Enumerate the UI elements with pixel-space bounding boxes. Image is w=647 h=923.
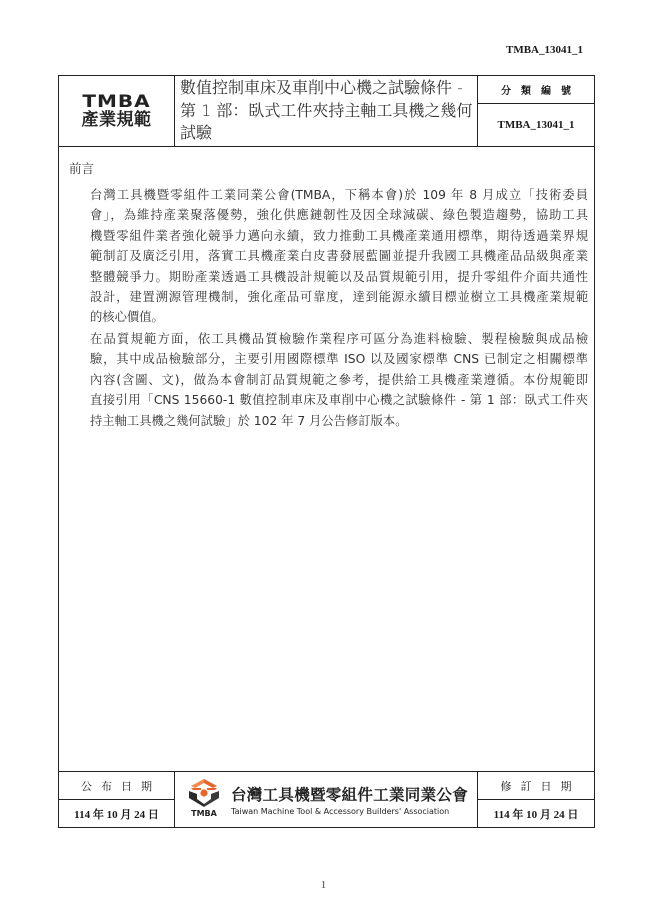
- association-name-en: Taiwan Machine Tool & Accessory Builders…: [231, 807, 449, 816]
- paragraph-line: 在品質規範方面，依工具機品質檢驗作業程序可區分為進料檢驗、製程檢驗與成品檢: [90, 329, 588, 349]
- paragraph-line: 會」，為維持產業聚落優勢，強化供應鏈韌性及因全球減碳、綠色製造趨勢，協助工具: [90, 205, 588, 225]
- paragraph-line: 台灣工具機暨零組件工業同業公會(TMBA，下稱本會)於 109 年 8 月成立「…: [90, 185, 588, 205]
- footer-table: 公布日期 114 年 10 月 24 日 TMBA 台灣工具機暨零組件工業同業公…: [58, 771, 595, 828]
- paragraph-line: 持主軸工具機之幾何試驗」於 102 年 7 月公告修訂版本。: [90, 411, 588, 431]
- logo-tmba-text: TMBA: [82, 93, 150, 108]
- paragraph-line: 設計，建置溯源管理機制，強化產品可靠度，達到能源永續目標並樹立工具機產業規範: [90, 287, 588, 307]
- tmba-association-logo-icon: [187, 779, 221, 807]
- paragraph-line: 機暨零組件業者強化競爭力邁向永續，致力推動工具機產業通用標準，期待透過業界規: [90, 226, 588, 246]
- header-table: TMBA 產業規範 數值控制車床及車削中心機之試驗條件 - 第 1 部：臥式工件…: [58, 75, 595, 147]
- document-code-top: TMBA_13041_1: [506, 44, 583, 56]
- revision-date-label: 修訂日期: [478, 772, 594, 800]
- logo-subtitle: 產業規範: [82, 110, 152, 130]
- paragraph-line: 的核心價值。: [90, 307, 588, 327]
- paragraph-line: 範制訂及廣泛引用，落實工具機產業白皮書發展藍圖並提升我國工具機產品品級與產業: [90, 246, 588, 266]
- preface-paragraph-1: 台灣工具機暨零組件工業同業公會(TMBA，下稱本會)於 109 年 8 月成立「…: [90, 185, 588, 328]
- preface-heading: 前言: [69, 159, 94, 177]
- publish-date-cell: 公布日期 114 年 10 月 24 日: [59, 772, 175, 827]
- classification-cell: 分類編號 TMBA_13041_1: [478, 76, 594, 146]
- page-number: 1: [0, 879, 647, 891]
- revision-date-value: 114 年 10 月 24 日: [478, 800, 594, 827]
- classification-value: TMBA_13041_1: [478, 104, 594, 146]
- tmba-standard-logo: TMBA 產業規範: [59, 76, 175, 146]
- preface-paragraph-2: 在品質規範方面，依工具機品質檢驗作業程序可區分為進料檢驗、製程檢驗與成品檢 驗，…: [90, 329, 588, 431]
- association-name-zh: 台灣工具機暨零組件工業同業公會: [231, 783, 468, 805]
- paragraph-line: 驗，其中成品檢驗部分，主要引用國際標準 ISO 以及國家標準 CNS 已制定之相…: [90, 349, 588, 369]
- publish-date-label: 公布日期: [59, 772, 174, 800]
- document-body: 前言 台灣工具機暨零組件工業同業公會(TMBA，下稱本會)於 109 年 8 月…: [58, 146, 595, 772]
- paragraph-line: 整體競爭力。期盼產業透過工具機設計規範以及品質規範引用，提升零組件介面共通性: [90, 267, 588, 287]
- document-title: 數值控制車床及車削中心機之試驗條件 - 第 1 部：臥式工件夾持主軸工具機之幾何…: [175, 76, 478, 146]
- association-logo-text: TMBA: [187, 809, 221, 818]
- publish-date-value: 114 年 10 月 24 日: [59, 800, 174, 827]
- paragraph-line: 直接引用「CNS 15660-1 數值控制車床及車削中心機之試驗條件 - 第 1…: [90, 390, 588, 410]
- association-logo-block: TMBA 台灣工具機暨零組件工業同業公會 Taiwan Machine Tool…: [175, 772, 477, 827]
- classification-label: 分類編號: [478, 76, 594, 104]
- paragraph-line: 內容(含圖、文)，做為本會制訂品質規範之參考，提供給工具機產業遵循。本份規範即: [90, 370, 588, 390]
- revision-date-cell: 修訂日期 114 年 10 月 24 日: [477, 772, 594, 827]
